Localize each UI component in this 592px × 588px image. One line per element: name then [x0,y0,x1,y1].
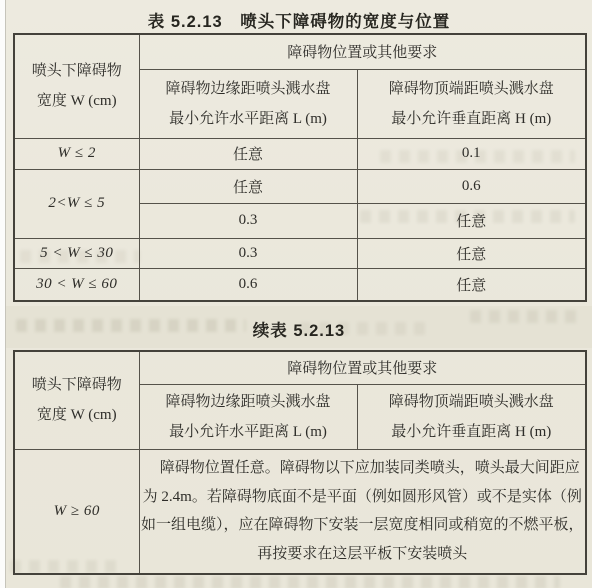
header-vertical-line2: 最小允许垂直距离 H (m) [358,417,586,447]
vertical-distance-value-cell: 任意 [357,268,586,301]
header-position-requirements-cell: 障碍物位置或其他要求 [139,351,586,384]
table-row: W ≤ 2 任意 0.1 [14,138,586,169]
vertical-distance-value-cell: 任意 [357,203,586,238]
horizontal-distance-value-cell: 0.3 [139,203,357,238]
header-vertical-line1: 障碍物顶端距喷头溅水盘 [358,387,586,417]
width-range-cell: W ≥ 60 [14,449,139,574]
table-row: 2<W ≤ 5 任意 0.6 [14,169,586,203]
width-range-cell: 2<W ≤ 5 [14,169,139,238]
horizontal-distance-value-cell: 0.6 [139,268,357,301]
table2-title: 续表 5.2.13 [13,317,585,341]
table-5-2-13: 喷头下障碍物 宽度 W (cm) 障碍物位置或其他要求 障碍物边缘距喷头溅水盘 … [13,33,587,302]
header-width-cell: 喷头下障碍物 宽度 W (cm) [14,34,139,138]
header-horizontal-distance-cell: 障碍物边缘距喷头溅水盘 最小允许水平距离 L (m) [139,384,357,449]
table-row: 30 < W ≤ 60 0.6 任意 [14,268,586,301]
horizontal-distance-value-cell: 任意 [139,169,357,203]
obstacle-requirement-note-cell: 障碍物位置任意。障碍物以下应加装同类喷头，喷头最大间距应为 2.4m。若障碍物底… [139,449,586,574]
width-range-cell: 30 < W ≤ 60 [14,268,139,301]
vertical-distance-value-cell: 0.6 [357,169,586,203]
table1-title: 表 5.2.13 喷头下障碍物的宽度与位置 [13,8,585,32]
table-row: W ≥ 60 障碍物位置任意。障碍物以下应加装同类喷头，喷头最大间距应为 2.4… [14,449,586,574]
header-horizontal-line1: 障碍物边缘距喷头溅水盘 [140,74,357,104]
vertical-distance-value-cell: 0.1 [357,138,586,169]
header-vertical-distance-cell: 障碍物顶端距喷头溅水盘 最小允许垂直距离 H (m) [357,384,586,449]
table-5-2-13-continued: 喷头下障碍物 宽度 W (cm) 障碍物位置或其他要求 障碍物边缘距喷头溅水盘 … [13,350,587,575]
header-width-line2: 宽度 W (cm) [15,400,139,430]
header-horizontal-line1: 障碍物边缘距喷头溅水盘 [140,387,357,417]
scan-left-edge [0,0,6,588]
header-width-line1: 喷头下障碍物 [15,56,139,86]
vertical-distance-value-cell: 任意 [357,238,586,268]
horizontal-distance-value-cell: 0.3 [139,238,357,268]
header-horizontal-line2: 最小允许水平距离 L (m) [140,104,357,134]
table-row: 5 < W ≤ 30 0.3 任意 [14,238,586,268]
header-width-cell: 喷头下障碍物 宽度 W (cm) [14,351,139,449]
width-range-cell: W ≤ 2 [14,138,139,169]
horizontal-distance-value-cell: 任意 [139,138,357,169]
header-horizontal-distance-cell: 障碍物边缘距喷头溅水盘 最小允许水平距离 L (m) [139,69,357,138]
header-position-requirements-cell: 障碍物位置或其他要求 [139,34,586,69]
header-vertical-line1: 障碍物顶端距喷头溅水盘 [358,74,586,104]
header-width-line1: 喷头下障碍物 [15,370,139,400]
scanned-document-page: 表 5.2.13 喷头下障碍物的宽度与位置 喷头下障碍物 宽度 W (cm) 障… [0,0,592,588]
width-range-cell: 5 < W ≤ 30 [14,238,139,268]
header-horizontal-line2: 最小允许水平距离 L (m) [140,417,357,447]
header-vertical-distance-cell: 障碍物顶端距喷头溅水盘 最小允许垂直距离 H (m) [357,69,586,138]
bleed-through-ink [60,576,560,588]
header-vertical-line2: 最小允许垂直距离 H (m) [358,104,586,134]
header-width-line2: 宽度 W (cm) [15,86,139,116]
